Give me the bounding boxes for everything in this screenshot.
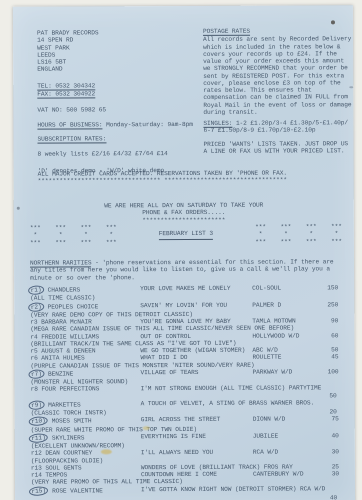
record-title: YOUR LOVE MAKES ME LONELY	[140, 285, 252, 295]
record-list-item: r15) ROSE VALENTINE I'VE GOTTA KNOW RIGH…	[31, 485, 339, 500]
asterisk-divider: ********************************** *****…	[38, 177, 350, 186]
star-decoration-right: *** *** *** *** * * * * *** *** *** ***	[255, 223, 342, 245]
star-decoration-left: *** *** *** *** * * * * *** *** *** ***	[30, 224, 117, 246]
record-label: DIONN W/D	[253, 416, 319, 426]
record-title: I'VE GOTTA KNOW RIGHT NOW (DETROIT STORM…	[141, 485, 253, 495]
record-artist: r9) MARKETTES	[31, 400, 141, 410]
record-price-wrapped: 40	[330, 494, 339, 500]
record-price-wrapped	[337, 478, 339, 485]
record-price-wrapped	[337, 425, 339, 432]
record-price	[319, 385, 339, 392]
record-main-line: r9) MARKETTES A TOUCH OF VELVET, A STING…	[31, 399, 339, 410]
seller-info-block: PAT BRADY RECORDS 14 SPEN RD WEST PARK L…	[37, 29, 210, 175]
record-artist: r8 FOUR PERFECTIONS	[31, 385, 141, 393]
record-list-item: r10) MOSES SMITH GIRL ACROSS THE STREET …	[31, 416, 339, 434]
record-price: 75	[319, 416, 339, 425]
record-artist: r10) MOSES SMITH	[31, 416, 141, 426]
record-list-item: r3 BARBARA McNAIR YOU'RE GONNA LOVE MY B…	[30, 317, 338, 333]
record-title: GIRL ACROSS THE STREET	[141, 416, 253, 426]
record-list-item: r2) PEOPLES CHOICE SAVIN' MY LOVIN' FOR …	[30, 301, 338, 319]
record-price: 25	[319, 463, 339, 470]
record-title: COUNTDOWN HERE I COME	[141, 471, 253, 479]
record-price: 100	[318, 368, 338, 377]
record-price: 60	[318, 332, 338, 339]
list-title-banner: *** *** *** *** * * * * *** *** *** *** …	[30, 223, 342, 246]
record-list-item: r11) SKYLINERS EVERYTHING IS FINE JUBILE…	[31, 432, 339, 450]
singles-postage-line: SINGLES: 1-2 £1.20p/3-4 £1.30p/5-£1.40p/…	[203, 119, 353, 134]
record-main-line: r11) SKYLINERS EVERYTHING IS FINE JUBILE…	[31, 432, 339, 443]
record-main-line: r14 TEMPOS COUNTDOWN HERE I COME CANTERB…	[31, 470, 339, 479]
credit-cards-notice: ALL MAJOR CREDIT CARDS ACCEPTED. RESERVA…	[38, 169, 350, 185]
hours-value: Monday-Saturday: 9am-8pm	[102, 121, 192, 128]
record-label: PARKWAY W/D	[252, 368, 318, 378]
record-price: 90	[318, 317, 338, 324]
record-label	[253, 485, 319, 495]
record-list-item: r9) MARKETTES A TOUCH OF VELVET, A STING…	[31, 399, 339, 417]
saturday-orders-notice: WE ARE HERE ALL DAY ON SATURDAY TO TAKE …	[14, 201, 354, 224]
record-price-wrapped	[337, 441, 339, 448]
record-price: 30	[319, 449, 339, 456]
seller-address: PAT BRADY RECORDS 14 SPEN RD WEST PARK L…	[37, 29, 209, 73]
record-title: SAVIN' MY LOVIN' FOR YOU	[140, 301, 252, 311]
record-list-item: r14 TEMPOS COUNTDOWN HERE I COME CANTERB…	[31, 470, 339, 486]
record-price-wrapped	[336, 325, 338, 332]
record-artist: r11) SKYLINERS	[31, 433, 141, 443]
record-price-wrapped	[336, 361, 338, 368]
postage-rates-heading: POSTAGE RATES	[203, 28, 250, 36]
subscription-rates-value: 8 weekly lists £2/16 £4/32 £7/64 £14	[38, 150, 210, 158]
record-price-wrapped	[336, 310, 338, 317]
record-label: JUBILEE	[253, 432, 319, 442]
vat-number: VAT NO: 500 5982 65	[37, 106, 209, 114]
record-number: r13	[31, 464, 42, 471]
record-artist: r2) PEOPLES CHOICE	[30, 302, 140, 312]
record-price: 30	[319, 470, 339, 477]
northern-rarities-intro: NORTHERN RARITIES - 'phone reservations …	[30, 258, 346, 281]
record-title: VILLAGE OF TEARS	[140, 368, 252, 378]
paper-stain	[101, 449, 112, 454]
record-main-line: r8 FOUR PERFECTIONS I'M NOT STRONG ENOUG…	[31, 385, 339, 394]
hours-label: HOURS OF BUSINESS:	[37, 122, 102, 130]
record-list-item: r7) BENZINE VILLAGE OF TEARS PARKWAY W/D…	[30, 368, 338, 386]
record-list-item: r1) CHANDLERS YOUR LOVE MAKES ME LONELY …	[30, 284, 338, 302]
record-price-wrapped	[337, 456, 339, 463]
record-label: COL-SOUL	[252, 284, 318, 294]
record-price: 150	[318, 284, 338, 293]
record-artist: r1) CHANDLERS	[30, 285, 140, 295]
record-number: r12	[31, 450, 42, 457]
record-list-item: r12 DEAN COURTNEY I'LL ALWAYS NEED YOU R…	[31, 449, 339, 465]
record-title: A TOUCH OF VELVET, A STING OF BRASS WARN…	[141, 399, 253, 409]
record-label: ROULETTE	[252, 354, 318, 362]
record-title: EVERYTHING IS FINE	[141, 432, 253, 442]
telephone-number: TEL: 0532 304342	[37, 82, 95, 91]
record-label	[253, 399, 319, 409]
paper-speck	[349, 86, 353, 88]
record-list-item: r8 FOUR PERFECTIONS I'M NOT STRONG ENOUG…	[31, 385, 339, 401]
record-price-wrapped	[336, 339, 338, 346]
postage-rates-block: POSTAGE RATES All records are sent by Re…	[203, 27, 354, 155]
record-main-line: r7) BENZINE VILLAGE OF TEARS PARKWAY W/D…	[30, 368, 338, 379]
hours-of-business: HOURS OF BUSINESS: Monday-Saturday: 9am-…	[37, 121, 209, 129]
record-price-wrapped	[336, 294, 338, 301]
record-number: r15)	[29, 485, 49, 496]
record-label: CANTERBURY W/D	[253, 470, 319, 478]
paper-speck	[17, 207, 20, 210]
record-main-line: r12 DEAN COURTNEY I'LL ALWAYS NEED YOU R…	[31, 449, 339, 458]
record-price: 40	[319, 432, 339, 441]
record-label: HOLLYWOOD W/D	[252, 332, 318, 340]
record-list-item: r6 ANITA HULMES WHAT DID I DO ROULETTE 4…	[30, 354, 338, 370]
postage-rates-body: All records are sent by Recorded Deliver…	[203, 36, 353, 116]
paper-speck	[331, 20, 335, 24]
record-price: 45	[318, 354, 338, 361]
record-number: r14	[31, 472, 42, 479]
subscription-rates-heading: SUBSCRIPTION RATES:	[37, 135, 106, 144]
list-title: FEBRUARY LIST 3	[159, 230, 213, 239]
record-price: 250	[318, 301, 338, 310]
record-main-line: r15) ROSE VALENTINE I'VE GOTTA KNOW RIGH…	[31, 485, 339, 496]
record-price-wrapped: 20	[329, 408, 338, 415]
record-list-item: r4 FREDDIE WILLIAMS OUT OF CONTROL HOLLY…	[30, 332, 338, 348]
items-list: r1) CHANDLERS YOUR LOVE MAKES ME LONELY …	[30, 284, 339, 500]
record-price	[319, 485, 339, 494]
record-label: RCA W/D	[253, 449, 319, 457]
record-label	[253, 385, 319, 393]
record-price	[319, 399, 339, 408]
record-title: I'M NOT STRONG ENOUGH (ALL TIME CLASSIC)…	[141, 385, 253, 393]
fax-number: FAX: 0532 304922	[37, 90, 95, 99]
record-price-wrapped	[337, 377, 339, 384]
record-label: PALMER D	[252, 301, 318, 311]
record-price: 50	[318, 346, 338, 353]
record-title: I'LL ALWAYS NEED YOU	[141, 449, 253, 457]
wants-lists-note: PRICED 'WANTS' LISTS TAKEN. JUST DROP US…	[203, 140, 353, 155]
record-artist: r7) BENZINE	[30, 369, 140, 379]
record-price-wrapped: 50	[329, 392, 338, 399]
record-artist: r15) ROSE VALENTINE	[31, 486, 141, 496]
paper-stain	[143, 426, 150, 430]
scanned-letter-page: PAT BRADY RECORDS 14 SPEN RD WEST PARK L…	[13, 5, 355, 500]
record-main-line: r1) CHANDLERS YOUR LOVE MAKES ME LONELY …	[30, 284, 338, 295]
